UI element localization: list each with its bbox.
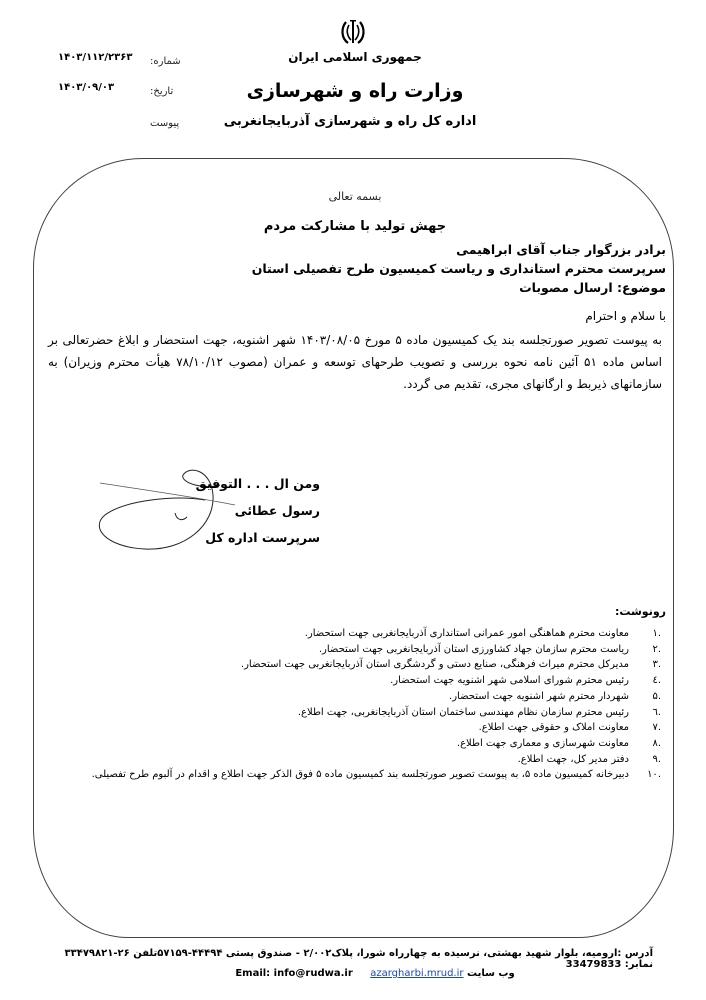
cc-item: .۹دفتر مدیر کل، جهت اطلاع. (61, 752, 661, 768)
recipient-name: برادر بزرگوار جناب آقای ابراهیمی (146, 240, 666, 259)
signer-title: سرپرست اداره کل (190, 524, 320, 551)
footer-contact: وب سایت azargharbi.mrud.ir Email: info@r… (200, 968, 550, 979)
cc-item: .۳مدیرکل محترم میراث فرهنگی، صنایع دستی … (61, 657, 661, 673)
motto: جهش تولید با مشارکت مردم (180, 219, 530, 234)
cc-title: رونوشت: (615, 605, 666, 618)
cc-item: .٦رئیس محترم سازمان نظام مهندسی ساختمان … (61, 705, 661, 721)
cc-item: .۵شهردار محترم شهر اشنویه جهت استحضار. (61, 689, 661, 705)
letter-number: ۱۴۰۳/۱۱۲/۲۳۶۳ (58, 52, 132, 63)
website-link[interactable]: azargharbi.mrud.ir (370, 968, 463, 979)
closing-phrase: ومن ال . . . التوفیق (190, 470, 320, 497)
subject: موضوع: ارسال مصوبات (146, 278, 666, 297)
website-label: وب سایت (467, 968, 515, 979)
cc-item: .۲ریاست محترم سازمان جهاد کشاورزی استان … (61, 642, 661, 658)
cc-item: .۸معاونت شهرسازی و معماری جهت اطلاع. (61, 736, 661, 752)
footer-address: آدرس :ارومیه، بلوار شهید بهشتی، نرسیده ب… (55, 948, 653, 970)
iran-emblem-icon (340, 18, 366, 46)
date-label: تاریخ: (150, 86, 173, 97)
cc-item: .۱۰دبیرخانه کمیسیون ماده ۵، به پیوست تصو… (61, 767, 661, 783)
ministry-name: وزارت راه و شهرسازی (200, 80, 510, 102)
attachment-label: پیوست (150, 118, 179, 129)
cc-list: .۱معاونت محترم هماهنگی امور عمرانی استان… (61, 626, 661, 783)
email-address[interactable]: Email: info@rudwa.ir (235, 968, 352, 979)
letter-date: ۱۴۰۳/۰۹/۰۳ (58, 82, 114, 93)
greeting: با سلام و احترام (585, 309, 666, 323)
letter-body: به پیوست تصویر صورتجلسه بند یک کمیسیون م… (48, 329, 662, 395)
number-label: شماره: (150, 56, 181, 67)
signature-block: ومن ال . . . التوفیق رسول عطائی سرپرست ا… (190, 470, 320, 551)
cc-item: .۷معاونت املاک و حقوقی جهت اطلاع. (61, 720, 661, 736)
country-name: جمهوری اسلامی ایران (220, 50, 490, 64)
cc-item: .٤رئیس محترم شورای اسلامی شهر اشنویه جهت… (61, 673, 661, 689)
cc-item: .۱معاونت محترم هماهنگی امور عمرانی استان… (61, 626, 661, 642)
basmala: بسمه تعالی (200, 190, 510, 203)
signer-name: رسول عطائی (190, 497, 320, 524)
office-name: اداره کل راه و شهرسازی آذربایجانغربی (180, 114, 520, 129)
recipient-title: سرپرست محترم استانداری و ریاست کمیسیون ط… (146, 259, 666, 278)
